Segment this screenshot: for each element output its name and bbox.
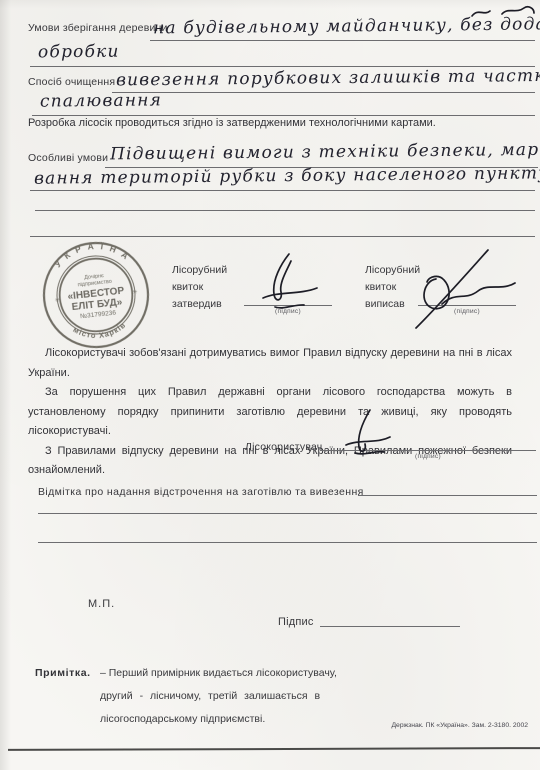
tech-cards-note: Розробка лісосік проводиться згідно із з… <box>28 117 436 129</box>
approved-label-line1: Лісорубний <box>172 262 227 279</box>
issued-signature <box>408 246 523 331</box>
approved-label-line2: квиток <box>172 279 227 296</box>
note-line-2: другий - лісничому, третій залишається в <box>100 685 337 708</box>
deferral-label: Відмітка про надання відстрочення на заг… <box>38 486 364 498</box>
forest-user-signature <box>332 408 402 458</box>
cleaning-method-handwriting-line1: вивезення порубкових залишків та частков… <box>116 66 540 91</box>
cleaning-method-label: Спосіб очищення <box>28 76 115 88</box>
special-conditions-handwriting-line2: вання територій рубки з боку населеного … <box>34 163 540 188</box>
printing-house-imprint: Держзнак. ПК «Україна». Зам. 2-3180. 200… <box>380 722 528 729</box>
stamp-star-icon: ✳ <box>55 297 61 304</box>
note-line-1: – Перший примірник видається лісокористу… <box>100 662 337 685</box>
company-round-stamp: У К Р А Ї Н А місто Харків ✳ ✳ Дочірнє п… <box>30 232 161 358</box>
note-line-3: лісогосподарському підприємстві. <box>100 708 337 731</box>
scanned-document-page: Умови зберігання деревини на будівельном… <box>0 0 540 770</box>
storage-conditions-handwriting-line1: на будівельному майданчику, без додатков… <box>153 14 540 39</box>
blank-line <box>35 210 535 211</box>
obligations-text: Лісокористувачі зобов'язані дотримуватис… <box>28 344 512 481</box>
approved-label-line3: затвердив <box>172 296 227 313</box>
form-line <box>30 190 535 191</box>
storage-conditions-handwriting-line2: обробки <box>38 42 120 63</box>
approved-signature <box>237 250 337 312</box>
blank-line <box>38 513 537 514</box>
cleaning-method-handwriting-line2: спалювання <box>40 90 162 111</box>
form-line <box>112 92 535 93</box>
note-label: Примітка. <box>35 667 91 679</box>
form-line <box>150 40 535 41</box>
deferral-blank-line <box>358 495 537 496</box>
form-line <box>32 115 535 116</box>
signature-blank-line <box>320 626 460 627</box>
storage-conditions-label: Умови зберігання деревини <box>28 22 168 34</box>
stamp-city-arc-text: місто Харків <box>71 320 129 343</box>
special-conditions-handwriting-line1: Підвищені вимоги з техніки безпеки, марк… <box>110 140 540 165</box>
signature-label: Підпис <box>278 616 314 628</box>
obligations-paragraph-1: Лісокористувачі зобов'язані дотримуватис… <box>28 344 512 383</box>
ticket-approved-by-block: Лісорубний квиток затвердив <box>172 262 227 313</box>
obligations-paragraph-2: За порушення цих Правил державні органи … <box>28 383 512 442</box>
blank-line <box>38 542 537 543</box>
forest-user-label: Лісокористувач <box>245 441 322 453</box>
note-body: – Перший примірник видається лісокористу… <box>100 662 337 731</box>
special-conditions-label: Особливі умови <box>28 152 108 164</box>
seal-place-label: М.П. <box>88 598 115 610</box>
stamp-star-icon: ✳ <box>132 289 138 296</box>
page-bottom-edge <box>8 747 540 751</box>
